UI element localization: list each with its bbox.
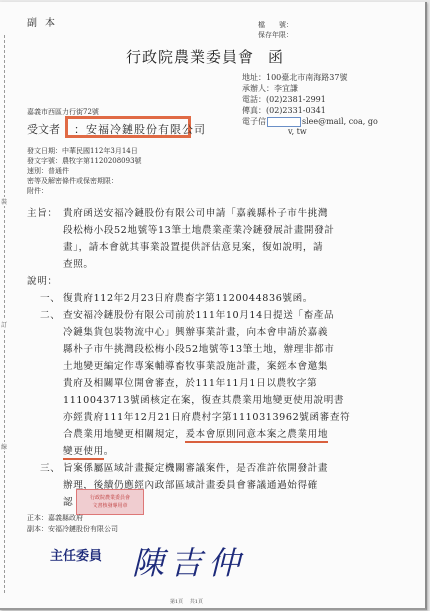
binding-mark: 訂 <box>1 320 7 329</box>
redaction-box <box>267 117 301 127</box>
item-line: 土地變更編定作專案輔導畜牧事業設施計畫，案經本會邀集 <box>63 358 328 372</box>
item-line: 合農業用地變更相關規定，爰本會原則同意本案之農業用地 <box>63 426 328 440</box>
email-label: 電子信 <box>242 117 266 126</box>
item-line: 復貴府112年2月23日府農畜字第1120044836號函。 <box>63 290 313 304</box>
signatory-title: 主任委員 <box>50 545 102 564</box>
seal-line: 文書核發專用章 <box>92 502 127 510</box>
contact-email: 電子信slee@mail, coa, go <box>242 116 378 127</box>
item-line: 變更使用。 <box>63 443 114 457</box>
email-continuation: v, tw <box>288 127 307 136</box>
document-title: 行政院農業委員會函 <box>126 46 284 67</box>
subject-line: 畫」，請本會就其事業設置提供評估意見案，復如說明，請 <box>63 239 323 253</box>
item-number: 二、 <box>40 307 60 321</box>
item-line: 查安福冷鏈股份有限公司前於111年10月14日提送「畜產品 <box>63 307 334 321</box>
issue-date: 發文日期：中華民國112年3月14日 <box>27 146 138 156</box>
plain-text: 。 <box>104 446 114 457</box>
document-number: 發文字號：農牧字第1120208093號 <box>27 156 142 166</box>
attachments: 附件： <box>27 186 48 196</box>
signature: 陳吉仲 <box>132 538 246 584</box>
copy-mark: 副本 <box>27 14 63 29</box>
file-number-label: 檔 號： <box>258 20 293 30</box>
highlighted-approval-text: 爰本會原則同意本案之農業用地 <box>185 429 328 443</box>
item-line: 亦經貴府111年12月21日府農村字第1110313962號函審查符 <box>63 409 350 423</box>
subject-label: 主旨： <box>27 205 58 219</box>
highlighted-approval-text: 變更使用 <box>63 446 104 460</box>
seal-line: 行政院農業委員會 <box>90 494 130 502</box>
plain-text: 合農業用地變更相關規定， <box>63 429 185 440</box>
secrecy-level: 密等及解密條件或保密期限： <box>27 176 118 186</box>
item-line: 旨案係屬區域計畫擬定機關審議案件，是否准許依開發計畫 <box>63 460 328 474</box>
item-number: 一、 <box>40 290 60 304</box>
item-number: 三、 <box>40 460 60 474</box>
retention-label: 保存年限： <box>258 30 293 40</box>
binding-mark: 裝 <box>1 197 7 206</box>
item-line: 冷鏈集貨包裝物流中心」興辦事業計畫，向本會申請於嘉義 <box>63 324 328 338</box>
delivery-speed: 速別：普通件 <box>27 166 69 176</box>
contact-handler: 承辦人：李宜謙 <box>242 83 298 94</box>
subject-line: 查照。 <box>63 256 94 270</box>
recipient-name: ：安福冷鏈股份有限公司 <box>74 121 206 137</box>
subject-line: 貴府函送安福冷鏈股份有限公司申請「嘉義縣朴子市牛挑灣 <box>63 205 328 219</box>
document-type: 函 <box>268 48 284 66</box>
page-number: 第1頁 共1頁 <box>170 598 203 605</box>
contact-address: 地址：100臺北市南海路37號 <box>242 72 347 83</box>
item-line: 認 <box>63 494 73 508</box>
binding-line <box>4 35 5 593</box>
recipient-label: 受文者 <box>27 121 60 137</box>
contact-phone: 電話：(02)2381-2991 <box>242 94 326 105</box>
email-value: slee@mail, coa, go <box>302 117 378 126</box>
official-letter-page: 裝 訂 線 副本 檔 號： 保存年限： 行政院農業委員會函 地址：100臺北市南… <box>0 2 427 610</box>
official-seal-stamp: 行政院農業委員會 文書核發專用章 <box>76 489 144 515</box>
contact-fax: 傳真：(02)2331-0341 <box>242 105 326 116</box>
original-recipient: 正本：嘉義縣政府 <box>27 513 83 523</box>
item-line: 縣朴子市牛挑灣段松梅小段52地號等13筆土地，辦理非都市 <box>63 341 334 355</box>
item-line: 1110043713號函核定在案，復查其農業用地變更使用說明書 <box>63 392 344 406</box>
item-line: 貴府及相關單位開會審查，於111年11月1日以農牧字第 <box>63 375 317 389</box>
agency-name: 行政院農業委員會 <box>126 48 254 66</box>
copy-recipient: 副本：安福冷鏈股份有限公司 <box>27 524 118 534</box>
subject-line: 段松梅小段52地號等13筆土地農業產業冷鏈發展計畫開發計 <box>63 222 334 236</box>
binding-mark: 線 <box>1 442 7 451</box>
explanation-label: 說明： <box>27 273 58 287</box>
